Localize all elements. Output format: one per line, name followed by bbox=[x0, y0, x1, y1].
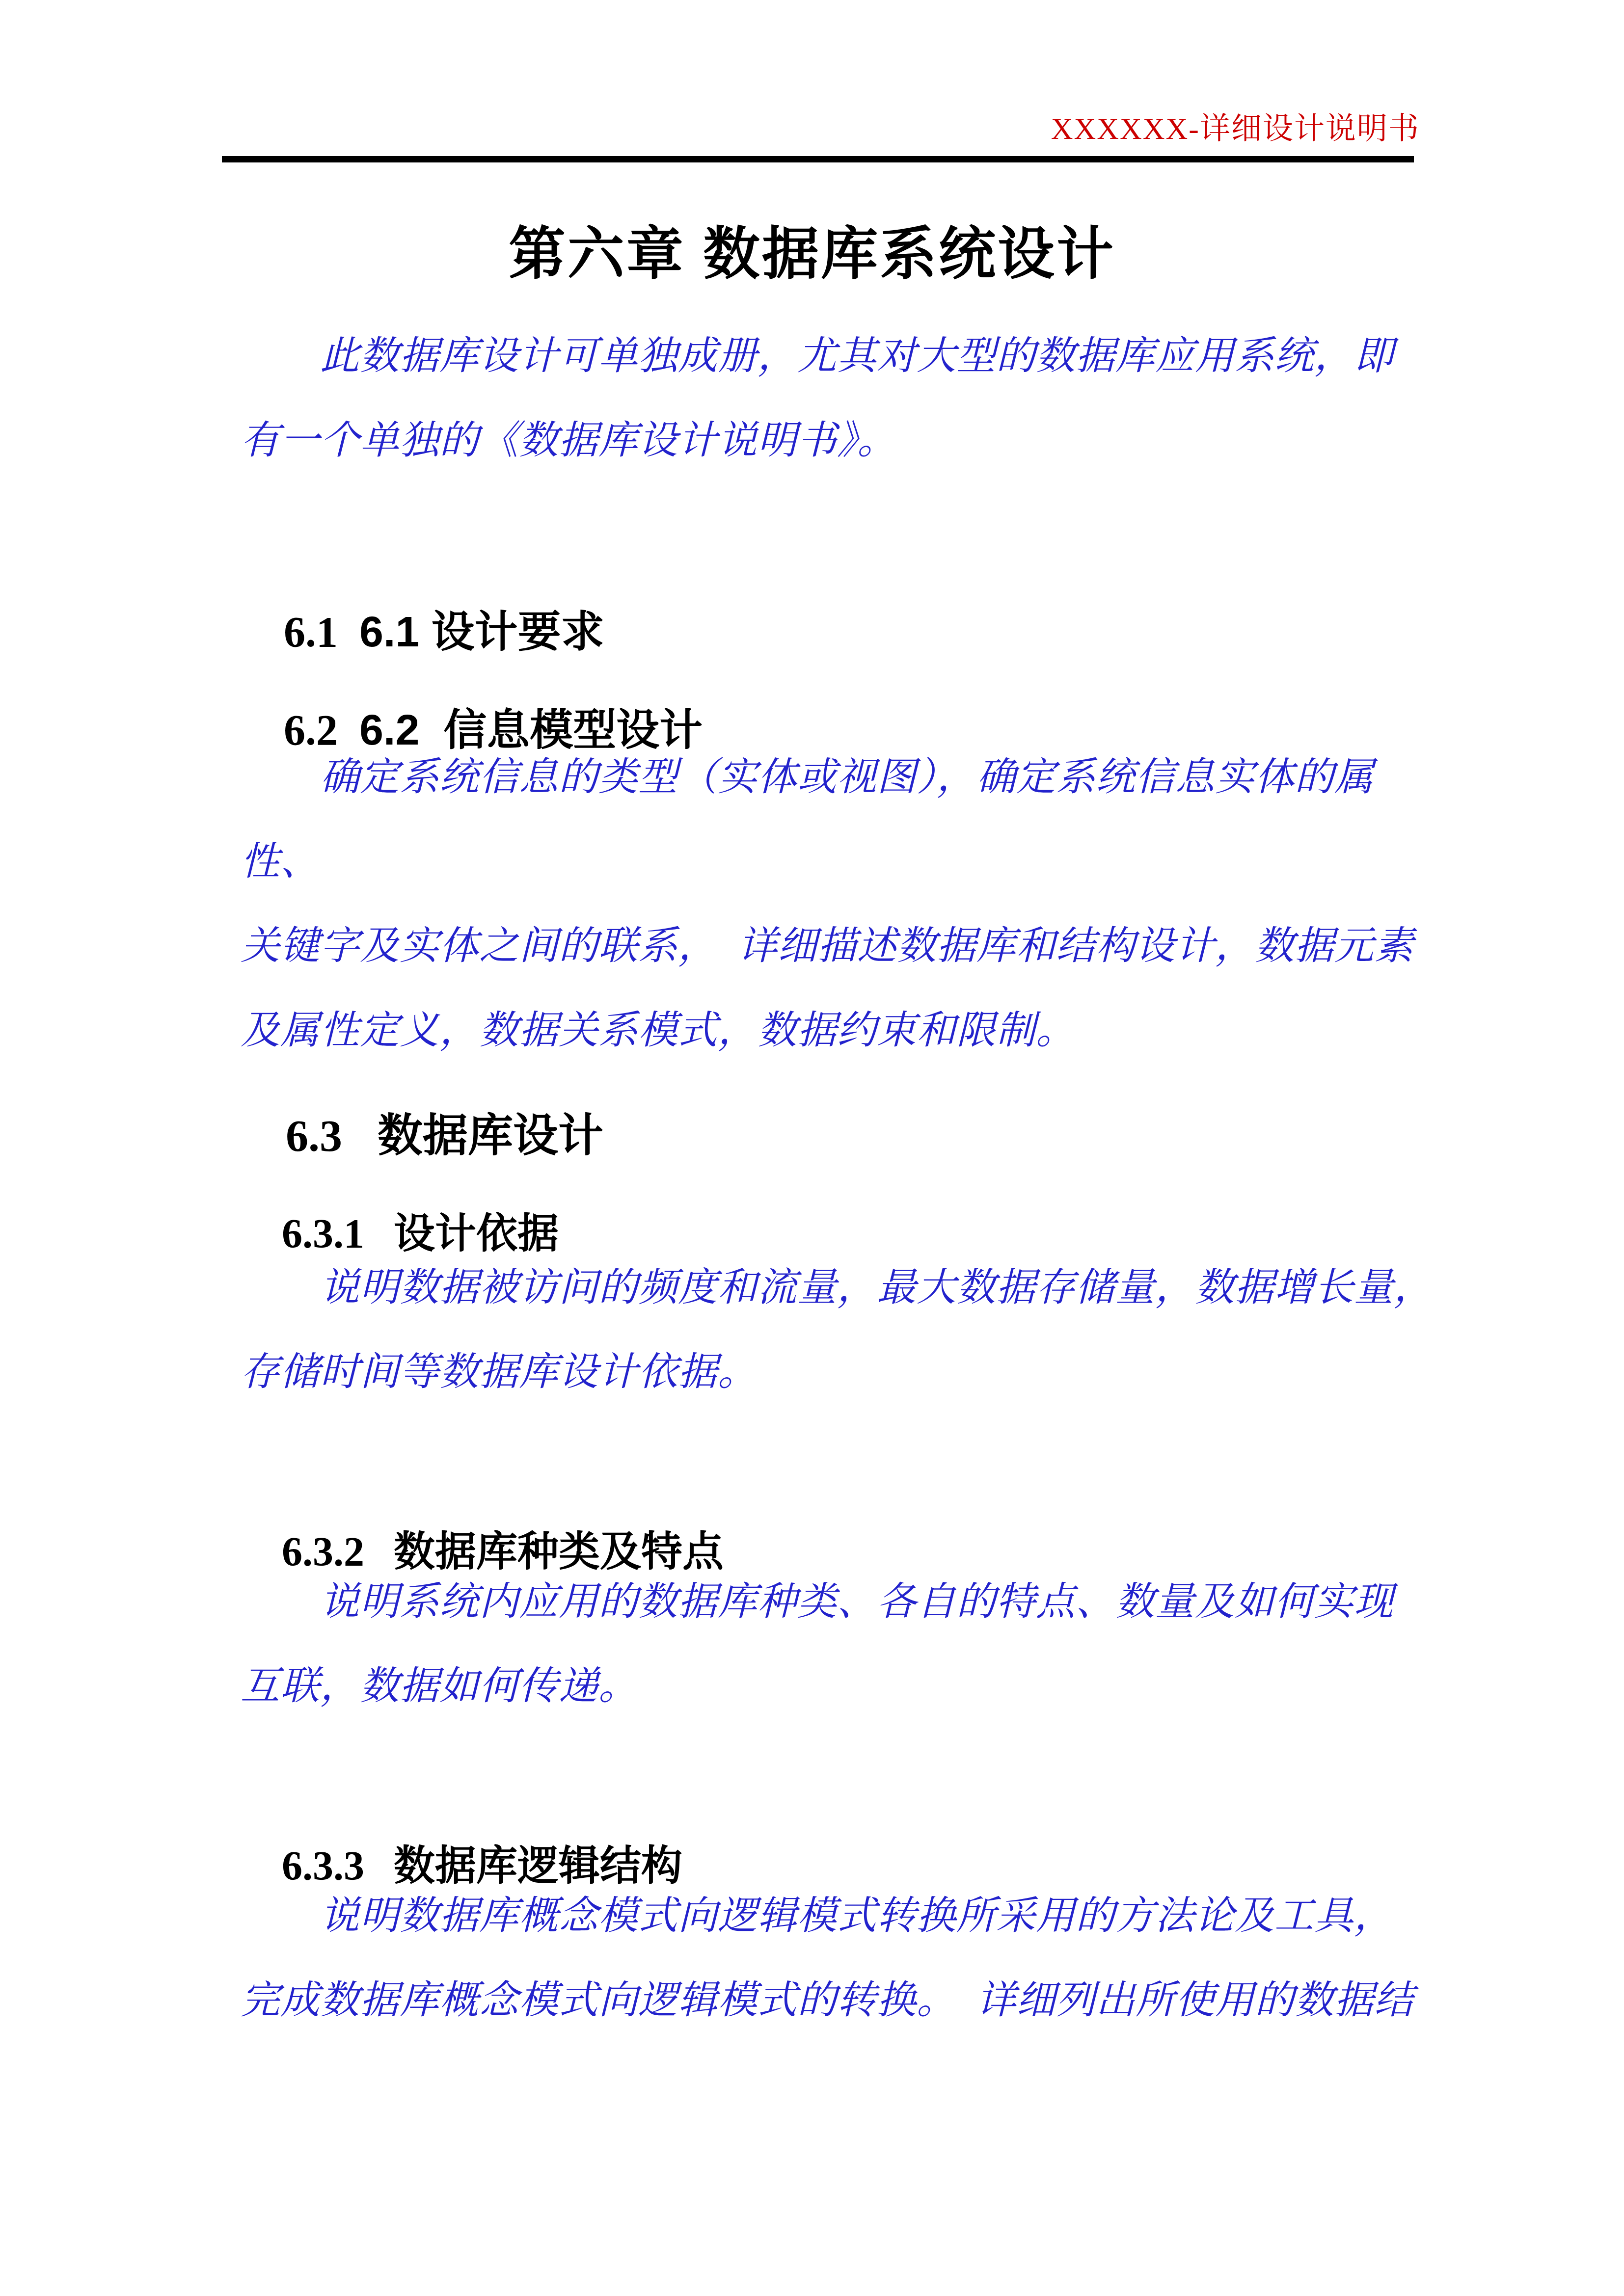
document-page: XXXXXX-详细设计说明书 第六章 数据库系统设计 此数据库设计可单独成册，尤… bbox=[0, 0, 1624, 2296]
paragraph-info-model: 确定系统信息的类型（实体或视图），确定系统信息实体的属性、 关键字及实体之间的联… bbox=[241, 735, 1443, 1073]
running-header: XXXXXX-详细设计说明书 bbox=[0, 111, 1420, 147]
paragraph-db-kinds: 说明系统内应用的数据库种类、各自的特点、数量及如何实现 互联，数据如何传递。 bbox=[241, 1560, 1443, 1729]
header-divider-rule bbox=[222, 156, 1414, 162]
paragraph-design-basis: 说明数据被访问的频度和流量，最大数据存储量，数据增长量， 存储时间等数据库设计依… bbox=[241, 1246, 1443, 1415]
paragraph-logical-structure: 说明数据库概念模式向逻辑模式转换所采用的方法论及工具， 完成数据库概念模式向逻辑… bbox=[241, 1874, 1443, 2043]
heading-number: 6.3 bbox=[286, 1108, 342, 1164]
paragraph-intro: 此数据库设计可单独成册，尤其对大型的数据库应用系统，即 有一个单独的《数据库设计… bbox=[241, 314, 1443, 483]
heading-label: 数据库设计 bbox=[378, 1111, 603, 1161]
chapter-title: 第六章 数据库系统设计 bbox=[0, 217, 1624, 291]
